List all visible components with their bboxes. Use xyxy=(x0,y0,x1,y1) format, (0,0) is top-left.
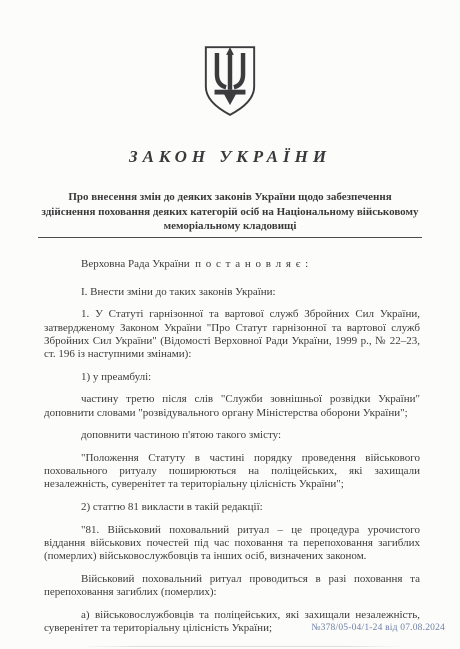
document-paragraph: І. Внести зміни до таких законів України… xyxy=(44,286,420,299)
resolution-prefix: Верховна Рада України xyxy=(81,258,190,270)
law-document-page: ЗАКОН УКРАЇНИ Про внесення змін до деяки… xyxy=(0,0,460,649)
document-body: Верховна Рада України п о с т а н о в л … xyxy=(44,258,420,636)
document-paragraph: доповнити частиною п'ятою такого змісту: xyxy=(44,429,420,442)
document-paragraph: "Положення Статуту в частині порядку про… xyxy=(44,452,420,492)
registration-reference: №378/05-04/1-24 від 07.08.2024 xyxy=(311,623,445,633)
subtitle-line: здійснення поховання деяких категорій ос… xyxy=(35,205,425,220)
title-separator-rule xyxy=(38,237,422,238)
document-title: ЗАКОН УКРАЇНИ xyxy=(0,147,460,167)
resolution-verb: п о с т а н о в л я є : xyxy=(195,258,309,270)
document-paragraph: 1. У Статуті гарнізонної та вартової слу… xyxy=(44,308,420,361)
document-paragraph: частину третю після слів "Служби зовнішн… xyxy=(44,393,420,419)
trident-emblem-icon xyxy=(201,45,259,117)
resolution-line: Верховна Рада України п о с т а н о в л … xyxy=(44,258,420,271)
document-paragraph: 1) у преамбулі: xyxy=(44,371,420,384)
subtitle-line: меморіальному кладовищі xyxy=(35,219,425,234)
document-subtitle: Про внесення змін до деяких законів Укра… xyxy=(35,190,425,234)
subtitle-line: Про внесення змін до деяких законів Укра… xyxy=(35,190,425,205)
document-paragraph: 2) статтю 81 викласти в такій редакції: xyxy=(44,501,420,514)
scan-edge-artifact xyxy=(0,646,460,647)
document-paragraph: "81. Військовий поховальний ритуал – це … xyxy=(44,524,420,564)
document-paragraph: Військовий поховальний ритуал проводитьс… xyxy=(44,573,420,599)
